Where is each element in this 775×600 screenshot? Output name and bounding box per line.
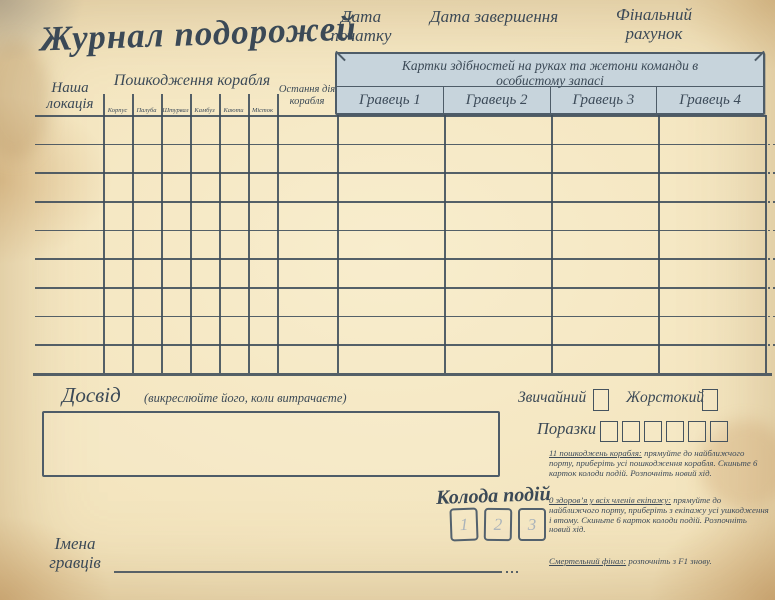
journal-row[interactable]	[35, 344, 765, 373]
grid-hline-tail	[768, 201, 775, 203]
journal-row[interactable]	[35, 115, 765, 144]
experience-label: Досвід	[62, 383, 121, 408]
difficulty-brutal-label: Жорстокий	[626, 389, 704, 407]
defeats-label: Поразки	[537, 419, 596, 439]
journal-row[interactable]	[35, 230, 765, 259]
event-deck-boxes: 123	[450, 508, 546, 541]
rule-lead: 0 здоров’я у всіх членів екіпажу:	[549, 495, 671, 505]
event-deck-box[interactable]: 2	[484, 508, 513, 541]
defeat-checkbox[interactable]	[688, 421, 706, 442]
player-names-line-tail	[506, 571, 518, 573]
rule-deadly-finale: Смертельний фінал: розпочніть з F1 знову…	[549, 557, 771, 567]
grid-hline-tail	[768, 344, 775, 346]
defeat-checkbox[interactable]	[600, 421, 618, 442]
journal-row[interactable]	[35, 201, 765, 230]
defeats-track	[600, 421, 728, 442]
difficulty-brutal-checkbox[interactable]	[702, 389, 718, 411]
parchment-page: Журнал подорожей Дата початку Дата завер…	[0, 0, 775, 600]
journal-row[interactable]	[35, 316, 765, 345]
rule-crew-health: 0 здоров’я у всіх членів екіпажу: прямуй…	[549, 496, 769, 535]
event-deck-label: Колода подій	[436, 483, 551, 510]
experience-box[interactable]	[42, 411, 500, 477]
grid-hline-tail	[768, 258, 775, 260]
grid-vline	[765, 115, 767, 373]
grid-hline-tail	[768, 316, 775, 318]
journal-row[interactable]	[35, 172, 765, 201]
defeat-checkbox[interactable]	[622, 421, 640, 442]
event-deck-box[interactable]: 3	[518, 508, 546, 541]
defeat-checkbox[interactable]	[710, 421, 728, 442]
defeat-checkbox[interactable]	[666, 421, 684, 442]
difficulty-normal-label: Звичайний	[518, 389, 586, 407]
grid-hline-tail	[768, 230, 775, 232]
player-names-label: Імена гравців	[38, 534, 112, 572]
rule-lead: 11 пошкоджень корабля:	[549, 448, 642, 458]
grid-hline-tail	[768, 144, 775, 146]
grid-hline-tail	[768, 172, 775, 174]
experience-note: (викреслюйте його, коли витрачаєте)	[144, 391, 347, 406]
defeat-checkbox[interactable]	[644, 421, 662, 442]
event-box-number: 1	[459, 514, 468, 534]
rule-text: розпочніть з F1 знову.	[626, 556, 712, 566]
rule-lead: Смертельний фінал:	[549, 556, 626, 566]
rule-ship-damage: 11 пошкоджень корабля: прямуйте до найбл…	[549, 449, 767, 478]
player-names-line[interactable]	[114, 571, 502, 573]
event-deck-box[interactable]: 1	[449, 508, 478, 542]
grid-hline-tail	[768, 287, 775, 289]
event-box-number: 2	[494, 514, 503, 534]
difficulty-normal-checkbox[interactable]	[593, 389, 609, 411]
event-box-number: 3	[528, 515, 537, 535]
journal-row[interactable]	[35, 258, 765, 287]
journal-row[interactable]	[35, 287, 765, 316]
grid-hline	[33, 373, 772, 376]
journal-row[interactable]	[35, 144, 765, 173]
